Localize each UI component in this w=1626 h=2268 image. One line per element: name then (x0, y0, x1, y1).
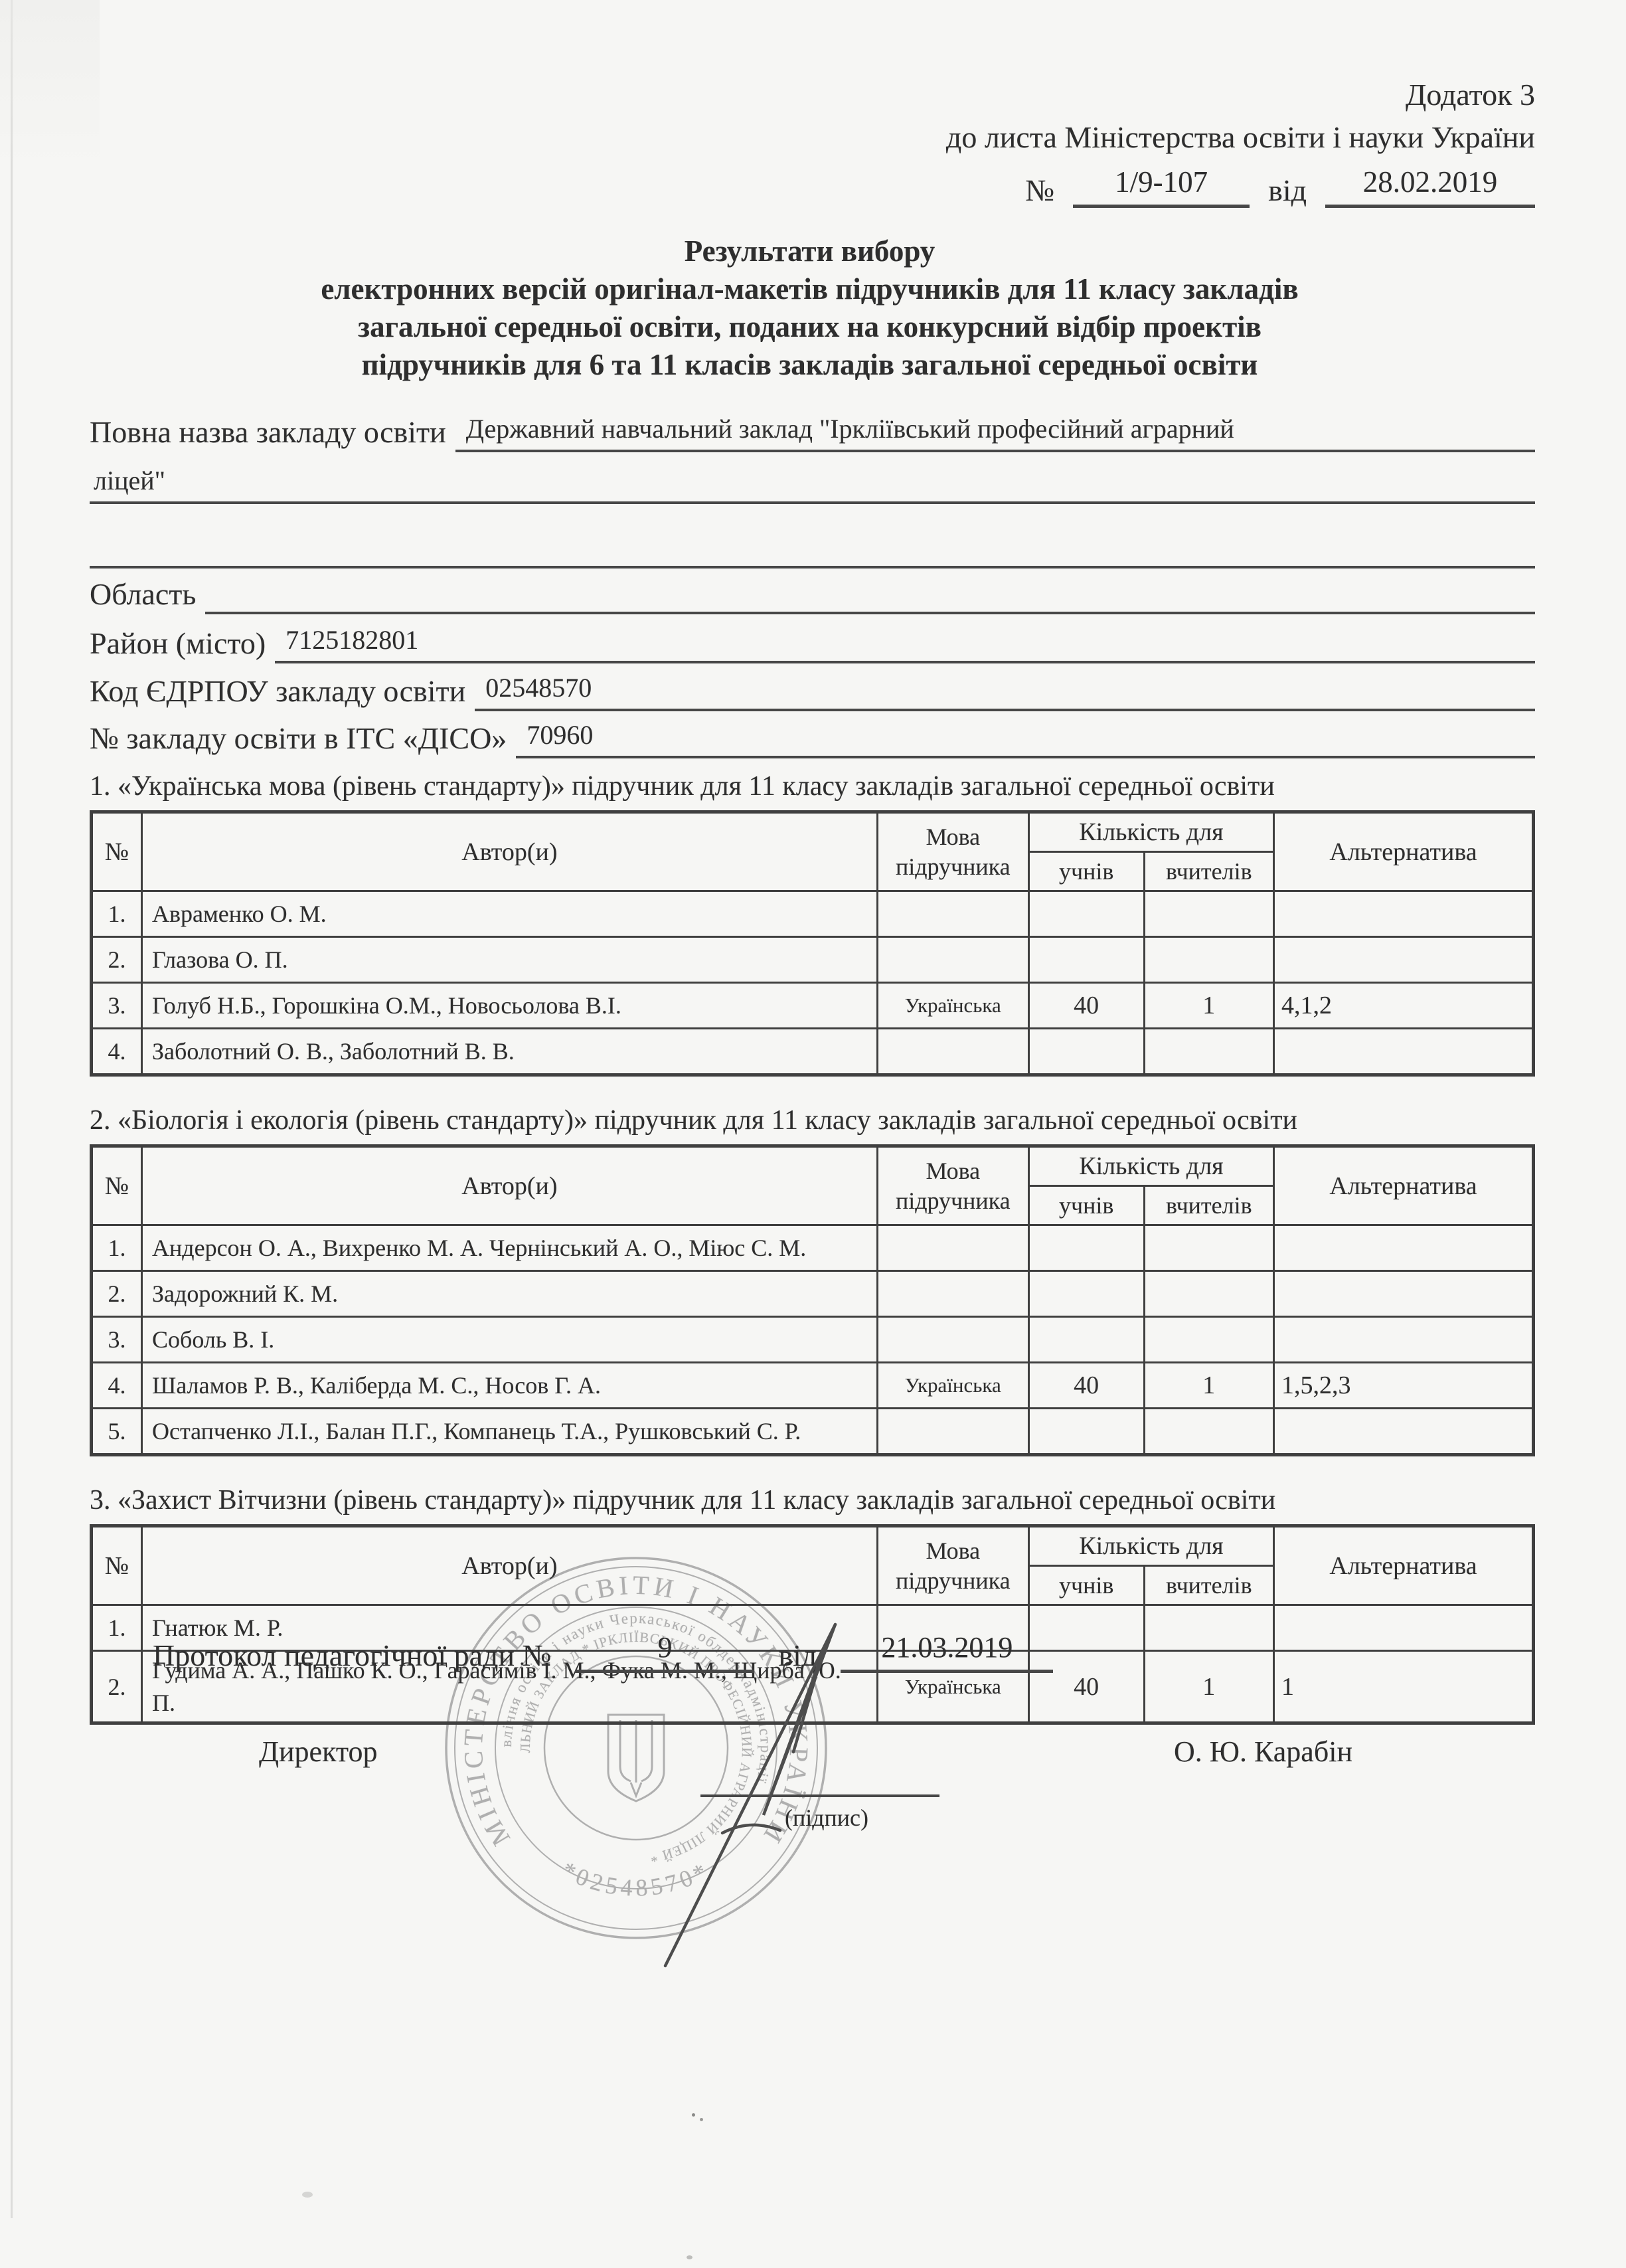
col-header-language: Мовапідручника (877, 1526, 1028, 1605)
cell-num: 4. (92, 1029, 142, 1075)
cell-lang (877, 1029, 1028, 1075)
cell-authors: Остапченко Л.І., Балан П.Г., Компанець Т… (142, 1409, 878, 1455)
school-name-label: Повна назва закладу освіти (90, 414, 455, 452)
cell-lang: Українська (877, 1363, 1028, 1409)
cell-alt (1274, 937, 1534, 983)
scan-speck (302, 2192, 313, 2198)
cell-authors: Соболь В. І. (142, 1317, 878, 1363)
cell-teachers (1144, 1271, 1273, 1317)
cell-alt (1274, 1225, 1534, 1271)
col-header-language: Мовапідручника (877, 812, 1028, 891)
cell-teachers (1144, 1029, 1273, 1075)
col-header-quantity: Кількість для (1028, 812, 1273, 852)
cell-num: 2. (92, 1651, 142, 1723)
letter-date-value: 28.02.2019 (1325, 166, 1535, 208)
cell-num: 3. (92, 983, 142, 1029)
cell-alt (1274, 1409, 1534, 1455)
region-label: Область (90, 576, 205, 614)
cell-teachers (1144, 1605, 1273, 1651)
protocol-row: Протокол педагогічної ради № 9 від 21.03… (153, 1630, 1053, 1673)
col-header-quantity: Кількість для (1028, 1526, 1273, 1566)
table-row: 4.Заболотний О. В., Заболотний В. В. (92, 1029, 1534, 1075)
cell-students (1028, 937, 1144, 983)
signature-strokes (624, 1586, 876, 1984)
school-name-row: Повна назва закладу освіти Державний нав… (90, 413, 1535, 452)
cell-lang (877, 1409, 1028, 1455)
diso-value: 70960 (516, 719, 1535, 758)
region-row: Область (90, 576, 1535, 614)
cell-lang (877, 1271, 1028, 1317)
textbook-table: № Автор(и) Мовапідручника Кількість для … (90, 810, 1535, 1077)
col-header-alternative: Альтернатива (1274, 1526, 1534, 1605)
table-row: 2.Глазова О. П. (92, 937, 1534, 983)
col-header-authors: Автор(и) (142, 1146, 878, 1225)
cell-alt (1274, 1029, 1534, 1075)
cell-students (1028, 1225, 1144, 1271)
cell-teachers (1144, 1225, 1273, 1271)
diso-row: № закладу освіти в ІТС «ДІСО» 70960 (90, 719, 1535, 758)
table-row: 2.Задорожний К. М. (92, 1271, 1534, 1317)
cell-students (1028, 1317, 1144, 1363)
district-row: Район (місто) 7125182801 (90, 624, 1535, 663)
cell-teachers: 1 (1144, 983, 1273, 1029)
cell-alt: 1,5,2,3 (1274, 1363, 1534, 1409)
cell-teachers (1144, 891, 1273, 937)
edrpou-row: Код ЄДРПОУ закладу освіти 02548570 (90, 672, 1535, 711)
cell-authors: Андерсон О. А., Вихренко М. А. Чернінськ… (142, 1225, 878, 1271)
letter-number-line: № 1/9-107 від 28.02.2019 (1025, 166, 1535, 208)
textbook-section: 1. «Українська мова (рівень стандарту)» … (90, 770, 1535, 1077)
cell-num: 3. (92, 1317, 142, 1363)
document-title: Результати вибору електронних версій ори… (66, 232, 1553, 384)
school-name-value-line2: ліцей" (90, 465, 1535, 504)
letter-number-value: 1/9-107 (1073, 166, 1250, 208)
cell-num: 2. (92, 1271, 142, 1317)
cell-num: 1. (92, 891, 142, 937)
scan-edge-artifact (11, 0, 13, 2218)
col-header-language: Мовапідручника (877, 1146, 1028, 1225)
diso-label: № закладу освіти в ІТС «ДІСО» (90, 721, 516, 758)
col-header-num: № (92, 812, 142, 891)
appendix-label: Додаток 3 (1406, 78, 1535, 112)
table-row: 3.Соболь В. І. (92, 1317, 1534, 1363)
col-header-teachers: вчителів (1144, 1566, 1273, 1605)
cell-alt: 1 (1274, 1651, 1534, 1723)
cell-num: 5. (92, 1409, 142, 1455)
cell-num: 4. (92, 1363, 142, 1409)
cell-alt (1274, 1317, 1534, 1363)
date-label: від (1268, 174, 1307, 208)
cell-students (1028, 1409, 1144, 1455)
edrpou-value: 02548570 (475, 672, 1535, 711)
col-header-teachers: вчителів (1144, 852, 1273, 891)
cell-alt (1274, 1605, 1534, 1651)
title-line-4: підручників для 6 та 11 класів закладів … (66, 346, 1553, 384)
cell-lang (877, 891, 1028, 937)
textbook-table: № Автор(и) Мовапідручника Кількість для … (90, 1144, 1535, 1456)
cell-num: 2. (92, 937, 142, 983)
table-row: 5.Остапченко Л.І., Балан П.Г., Компанець… (92, 1409, 1534, 1455)
protocol-label: Протокол педагогічної ради № (153, 1638, 551, 1673)
cell-alt (1274, 1271, 1534, 1317)
section-title: 2. «Біологія і екологія (рівень стандарт… (90, 1104, 1535, 1136)
table-row: 3.Голуб Н.Б., Горошкіна О.М., Новосьолов… (92, 983, 1534, 1029)
cell-teachers: 1 (1144, 1363, 1273, 1409)
cell-num: 1. (92, 1225, 142, 1271)
letter-reference: до листа Міністерства освіти і науки Укр… (946, 121, 1535, 155)
district-value: 7125182801 (275, 624, 1535, 663)
director-name: О. Ю. Карабін (1174, 1735, 1352, 1769)
cell-teachers: 1 (1144, 1651, 1273, 1723)
col-header-alternative: Альтернатива (1274, 1146, 1534, 1225)
col-header-teachers: вчителів (1144, 1186, 1273, 1225)
cell-students (1028, 1271, 1144, 1317)
cell-authors: Задорожний К. М. (142, 1271, 878, 1317)
cell-students: 40 (1028, 1363, 1144, 1409)
school-name-value: Державний навчальний заклад "Іркліївськи… (455, 413, 1535, 452)
col-header-num: № (92, 1146, 142, 1225)
col-header-quantity: Кількість для (1028, 1146, 1273, 1186)
cell-teachers (1144, 1409, 1273, 1455)
region-value (205, 606, 1535, 614)
district-label: Район (місто) (90, 626, 275, 663)
cell-teachers (1144, 1317, 1273, 1363)
title-line-2: електронних версій оригінал-макетів підр… (66, 270, 1553, 308)
cell-students (1028, 1029, 1144, 1075)
col-header-num: № (92, 1526, 142, 1605)
edrpou-label: Код ЄДРПОУ закладу освіти (90, 673, 475, 711)
section-title: 3. «Захист Вітчизни (рівень стандарту)» … (90, 1484, 1535, 1516)
table-row: 1.Авраменко О. М. (92, 891, 1534, 937)
col-header-authors: Автор(и) (142, 812, 878, 891)
table-row: 1.Андерсон О. А., Вихренко М. А. Чернінс… (92, 1225, 1534, 1271)
col-header-students: учнів (1028, 852, 1144, 891)
scan-speck (687, 2255, 692, 2259)
scan-artifact (0, 0, 100, 173)
col-header-students: учнів (1028, 1186, 1144, 1225)
scan-speck (692, 2113, 695, 2117)
cell-authors: Заболотний О. В., Заболотний В. В. (142, 1029, 878, 1075)
col-header-alternative: Альтернатива (1274, 812, 1534, 891)
cell-authors: Голуб Н.Б., Горошкіна О.М., Новосьолова … (142, 983, 878, 1029)
cell-alt: 4,1,2 (1274, 983, 1534, 1029)
director-label: Директор (259, 1735, 378, 1769)
title-line-1: Результати вибору (66, 232, 1553, 270)
number-sign-label: № (1025, 174, 1054, 208)
section-title: 1. «Українська мова (рівень стандарту)» … (90, 770, 1535, 802)
cell-lang (877, 937, 1028, 983)
cell-students (1028, 891, 1144, 937)
title-line-3: загальної середньої освіти, поданих на к… (66, 308, 1553, 346)
cell-num: 1. (92, 1605, 142, 1651)
document-page: Додаток 3 до листа Міністерства освіти і… (0, 0, 1626, 2268)
blank-line (90, 519, 1535, 568)
cell-alt (1274, 891, 1534, 937)
textbook-section: 2. «Біологія і екологія (рівень стандарт… (90, 1104, 1535, 1456)
cell-students: 40 (1028, 983, 1144, 1029)
cell-authors: Глазова О. П. (142, 937, 878, 983)
cell-lang (877, 1225, 1028, 1271)
col-header-students: учнів (1028, 1566, 1144, 1605)
cell-authors: Авраменко О. М. (142, 891, 878, 937)
cell-authors: Шаламов Р. В., Каліберда М. С., Носов Г.… (142, 1363, 878, 1409)
cell-lang: Українська (877, 983, 1028, 1029)
table-row: 4.Шаламов Р. В., Каліберда М. С., Носов … (92, 1363, 1534, 1409)
cell-lang (877, 1317, 1028, 1363)
cell-teachers (1144, 937, 1273, 983)
